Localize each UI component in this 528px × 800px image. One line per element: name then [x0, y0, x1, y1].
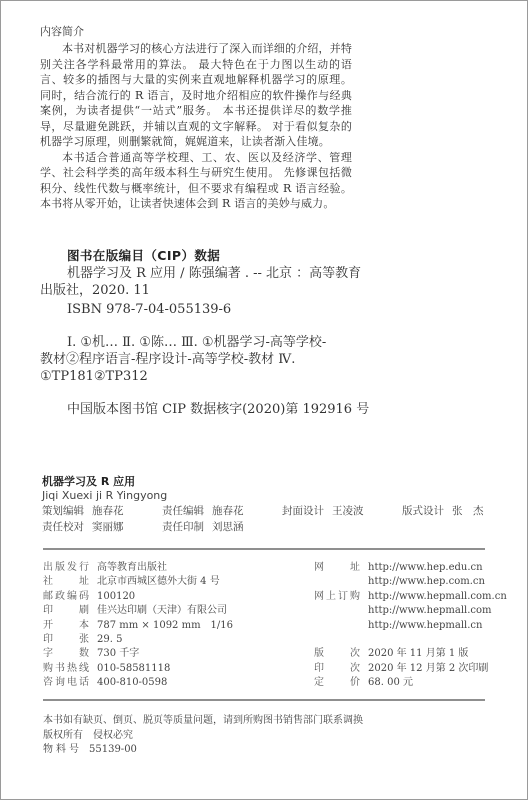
info-row: 字数730 千字	[43, 647, 233, 661]
credit-item: 策划编辑施春花	[42, 503, 124, 519]
credit-item: 责任校对窦丽娜	[42, 519, 124, 535]
cip-isbn: ISBN 978-7-04-055139-6	[40, 301, 361, 318]
info-label: 网址	[314, 561, 360, 575]
info-value: 2020 年 12 月第 2 次印刷	[368, 663, 488, 674]
cip-entry-line: 机器学习及 R 应用 / 陈强编著 . -- 北京 ：高等教育	[40, 265, 361, 282]
info-value: 68. 00 元	[368, 677, 413, 688]
info-row: 印刷佳兴达印刷（天津）有限公司	[43, 604, 233, 618]
info-row: 印次2020 年 12 月第 2 次印刷	[314, 662, 507, 676]
footer: 本书如有缺页、倒页、脱页等质量问题，请到所购图书销售部门联系调换 版权所有 侵权…	[43, 714, 363, 758]
info-value: 787 mm × 1092 mm 1/16	[97, 620, 233, 631]
info-label: 印张	[43, 633, 89, 647]
credit-value: 张 杰	[452, 505, 484, 517]
info-row: 社址北京市西城区德外大街 4 号	[43, 575, 233, 589]
info-value: 29. 5	[97, 634, 122, 645]
info-row: 印张29. 5	[43, 633, 233, 647]
info-row: 网址http://www.hep.edu.cn	[314, 561, 507, 575]
credits: 策划编辑施春花 责任编辑施春花 封面设计王凌波 版式设计张 杰 责任校对窦丽娜 …	[42, 503, 502, 535]
credit-item: 责任印制刘思涵	[162, 519, 244, 535]
info-row: 邮政编码100120	[43, 590, 233, 604]
info-label: 印次	[314, 662, 360, 676]
info-row: http://www.hep.com.cn	[314, 575, 507, 589]
credit-value: 施春花	[92, 505, 124, 517]
copyright-notice: 版权所有 侵权必究	[43, 729, 363, 744]
credit-item: 封面设计王凌波	[282, 503, 364, 519]
cip-title: 图书在版编目（CIP）数据	[67, 246, 220, 264]
info-row: 购书热线010-58581118	[43, 662, 233, 676]
intro-paragraph: 本书对机器学习的核心方法进行了深入而详细的介绍，并特别关注各学科最常用的算法。 …	[40, 41, 352, 150]
cip-classification: Ⅰ. ①机… Ⅱ. ①陈… Ⅲ. ①机器学习-高等学校- 教材②程序语言-程序设…	[40, 334, 326, 385]
info-label: 网上订购	[314, 590, 360, 604]
intro-title: 内容简介	[40, 25, 84, 39]
cip-entry: 机器学习及 R 应用 / 陈强编著 . -- 北京 ：高等教育 出版社，2020…	[40, 265, 361, 318]
info-row: http://www.hepmall.com	[314, 604, 507, 618]
credit-label: 版式设计	[402, 503, 444, 519]
item-number-label: 物料号	[43, 743, 79, 758]
cip-entry-line: 出版社，2020. 11	[40, 282, 361, 299]
item-number-value: 55139-00	[89, 744, 137, 755]
publishing-info-right: 网址http://www.hep.edu.cn http://www.hep.c…	[314, 561, 507, 691]
book-title: 机器学习及 R 应用	[42, 473, 135, 489]
info-value: 400-810-0598	[97, 677, 167, 688]
publishing-info-left: 出版发行高等教育出版社 社址北京市西城区德外大街 4 号 邮政编码100120 …	[43, 561, 233, 691]
info-row: 版次2020 年 11 月第 1 版	[314, 647, 507, 661]
credit-item: 版式设计张 杰	[402, 503, 484, 519]
info-row: http://www.hepmall.cn	[314, 619, 507, 633]
info-value: 佳兴达印刷（天津）有限公司	[97, 605, 227, 616]
website-link[interactable]: http://www.hep.com.cn	[368, 576, 485, 587]
info-row-spacer	[314, 633, 507, 647]
credit-label: 策划编辑	[42, 503, 84, 519]
credit-value: 窦丽娜	[92, 521, 124, 533]
info-value: 730 千字	[97, 648, 139, 659]
info-row: 咨询电话400-810-0598	[43, 676, 233, 690]
cip-class-line: 教材②程序语言-程序设计-高等学校-教材 Ⅳ.	[40, 351, 326, 368]
credits-row: 策划编辑施春花 责任编辑施春花 封面设计王凌波 版式设计张 杰	[42, 503, 502, 519]
credit-label: 封面设计	[282, 503, 324, 519]
info-label: 版次	[314, 647, 360, 661]
intro-paragraph: 本书适合普通高等学校理、工、农、医以及经济学、管理学、社会科学类的高年级本科生与…	[40, 150, 352, 212]
quality-notice: 本书如有缺页、倒页、脱页等质量问题，请到所购图书销售部门联系调换	[43, 714, 363, 729]
order-link[interactable]: http://www.hepmall.com.cn	[368, 591, 507, 602]
website-link[interactable]: http://www.hep.edu.cn	[368, 562, 483, 573]
info-label: 出版发行	[43, 561, 89, 575]
info-label: 社址	[43, 575, 89, 589]
order-link[interactable]: http://www.hepmall.cn	[368, 620, 482, 631]
info-row: 网上订购http://www.hepmall.com.cn	[314, 590, 507, 604]
info-value: 高等教育出版社	[97, 562, 167, 573]
info-value: 北京市西城区德外大街 4 号	[97, 576, 220, 587]
info-row: 定价68. 00 元	[314, 676, 507, 690]
cip-record: 中国版本图书馆 CIP 数据核字(2020)第 192916 号	[40, 401, 369, 418]
divider	[43, 699, 485, 701]
intro-body: 本书对机器学习的核心方法进行了深入而详细的介绍，并特别关注各学科最常用的算法。 …	[40, 41, 352, 212]
info-label: 购书热线	[43, 662, 89, 676]
credits-row: 责任校对窦丽娜 责任印制刘思涵	[42, 519, 502, 535]
credit-label: 责任印制	[162, 519, 204, 535]
info-row: 开本787 mm × 1092 mm 1/16	[43, 619, 233, 633]
info-value: 100120	[97, 591, 135, 602]
info-label: 字数	[43, 647, 89, 661]
cip-record-number: 中国版本图书馆 CIP 数据核字(2020)第 192916 号	[40, 401, 369, 418]
info-label: 开本	[43, 619, 89, 633]
credit-value: 施春花	[212, 505, 244, 517]
cip-class-line: ①TP181②TP312	[40, 368, 326, 385]
info-value: 2020 年 11 月第 1 版	[368, 648, 468, 659]
cip-class-line: Ⅰ. ①机… Ⅱ. ①陈… Ⅲ. ①机器学习-高等学校-	[40, 334, 326, 351]
order-link[interactable]: http://www.hepmall.com	[368, 605, 492, 616]
info-label: 邮政编码	[43, 590, 89, 604]
credit-label: 责任校对	[42, 519, 84, 535]
divider	[43, 548, 485, 550]
info-label: 印刷	[43, 604, 89, 618]
credit-value: 王凌波	[332, 505, 364, 517]
info-label: 定价	[314, 676, 360, 690]
info-value: 010-58581118	[97, 663, 170, 674]
book-title-pinyin: Jiqi Xuexi ji R Yingyong	[42, 489, 167, 502]
credit-item: 责任编辑施春花	[162, 503, 244, 519]
info-row: 出版发行高等教育出版社	[43, 561, 233, 575]
credit-value: 刘思涵	[212, 521, 244, 533]
credit-label: 责任编辑	[162, 503, 204, 519]
info-label: 咨询电话	[43, 676, 89, 690]
item-number-row: 物料号55139-00	[43, 743, 363, 758]
